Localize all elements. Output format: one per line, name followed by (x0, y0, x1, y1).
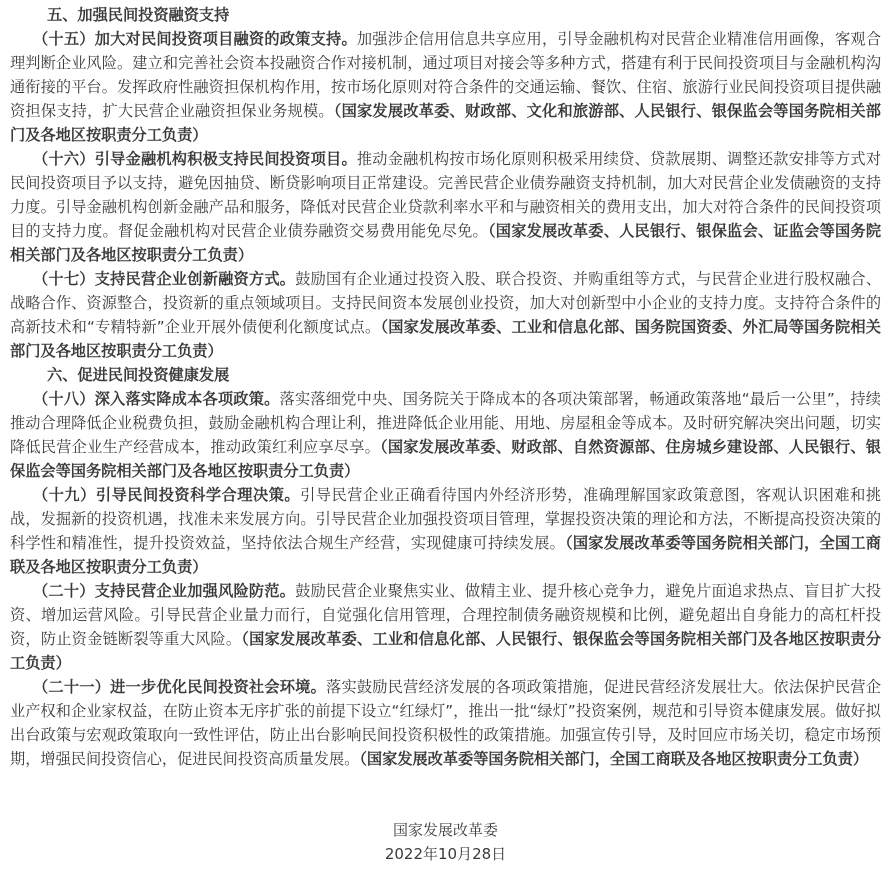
policy-item: （十六）引导金融机构积极支持民间投资项目。推动金融机构按市场化原则积极采用续贷、… (10, 147, 881, 267)
item-title: （十五）加大对民间投资项目融资的政策支持。 (33, 30, 357, 48)
section-heading: 五、加强民间投资融资支持 (10, 3, 881, 27)
item-responsible: （国家发展改革委等国务院相关部门，全国工商联及各地区按职责分工负责） (359, 750, 868, 768)
policy-item: （二十一）进一步优化民间投资社会环境。落实鼓励民营经济发展的各项政策措施，促进民… (10, 675, 881, 771)
item-title: （十九）引导民间投资科学合理决策。 (33, 486, 300, 504)
issue-date: 2022年10月28日 (0, 842, 891, 866)
policy-item: （十五）加大对民间投资项目融资的政策支持。加强涉企信用信息共享应用，引导金融机构… (10, 27, 881, 147)
section-heading: 六、促进民间投资健康发展 (10, 363, 881, 387)
issuer-name: 国家发展改革委 (0, 818, 891, 842)
policy-item: （十七）支持民营企业创新融资方式。鼓励国有企业通过投资入股、联合投资、并购重组等… (10, 267, 881, 363)
policy-item: （十八）深入落实降成本各项政策。落实落细党中央、国务院关于降成本的各项决策部署，… (10, 387, 881, 483)
item-title: （二十）支持民营企业加强风险防范。 (33, 582, 295, 600)
item-title: （十七）支持民营企业创新融资方式。 (33, 270, 295, 288)
document-body: 五、加强民间投资融资支持 （十五）加大对民间投资项目融资的政策支持。加强涉企信用… (0, 0, 891, 771)
policy-item: （二十）支持民营企业加强风险防范。鼓励民营企业聚焦实业、做精主业、提升核心竞争力… (10, 579, 881, 675)
item-title: （二十一）进一步优化民间投资社会环境。 (33, 678, 326, 696)
signature-block: 国家发展改革委 2022年10月28日 (0, 818, 891, 866)
item-title: （十八）深入落实降成本各项政策。 (33, 390, 280, 408)
item-title: （十六）引导金融机构积极支持民间投资项目。 (33, 150, 357, 168)
policy-item: （十九）引导民间投资科学合理决策。引导民营企业正确看待国内外经济形势，准确理解国… (10, 483, 881, 579)
